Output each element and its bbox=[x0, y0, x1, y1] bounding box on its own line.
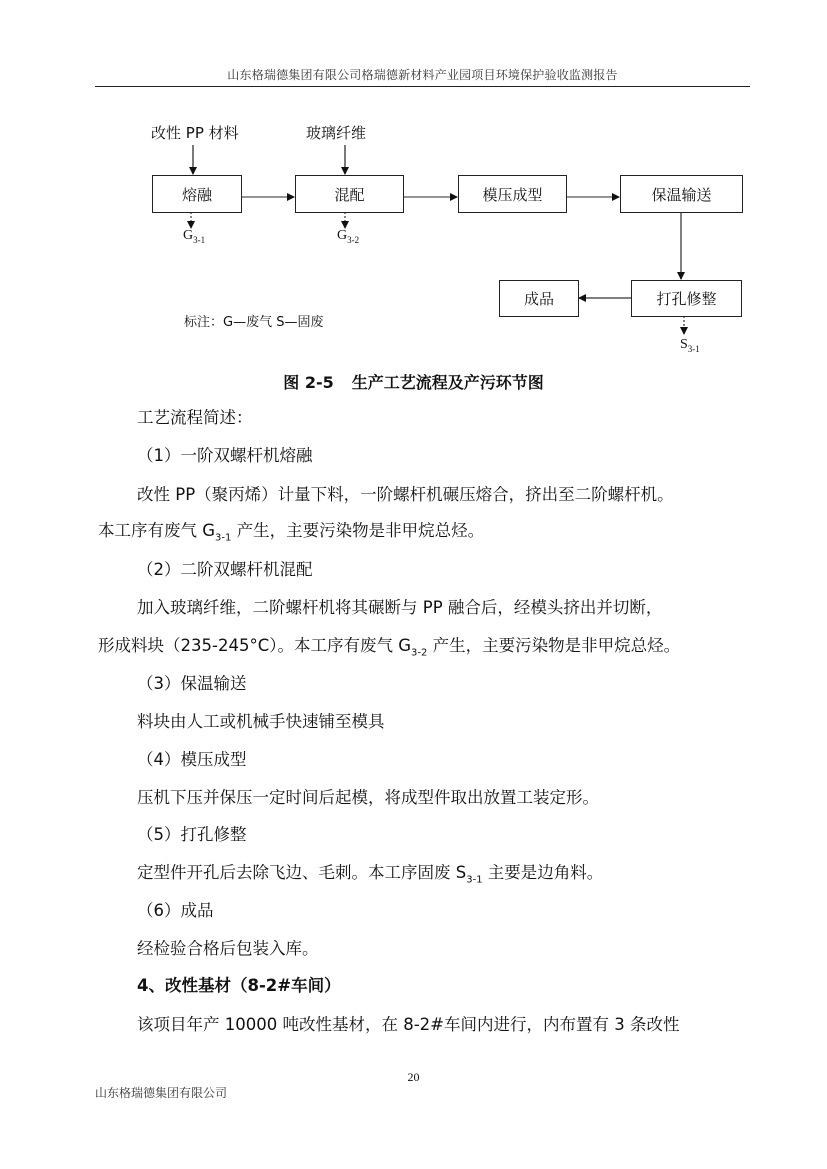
figure-title: 生产工艺流程及产污环节图 bbox=[352, 373, 544, 392]
step-2-line-2: 形成料块（235-245°C）。本工序有废气 G3-2 产生，主要污染物是非甲烷… bbox=[98, 636, 680, 663]
step-heading-3: （3）保温输送 bbox=[137, 674, 247, 694]
box-label: 混配 bbox=[334, 184, 364, 205]
process-box-mix: 混配 bbox=[295, 175, 404, 213]
box-label: 熔融 bbox=[182, 184, 212, 205]
step-5-line-1: 定型件开孔后去除飞边、毛刺。本工序固废 S3-1 主要是边角料。 bbox=[137, 863, 603, 890]
step-heading-1: （1）一阶双螺杆机熔融 bbox=[137, 446, 313, 466]
step-6-line-1: 经检验合格后包装入库。 bbox=[137, 939, 319, 959]
process-box-convey: 保温输送 bbox=[620, 175, 743, 213]
process-box-mold: 模压成型 bbox=[458, 175, 567, 213]
footer-company: 山东格瑞德集团有限公司 bbox=[95, 1084, 227, 1101]
section-paragraph: 该项目年产 10000 吨改性基材，在 8-2#车间内进行，内布置有 3 条改性 bbox=[137, 1015, 680, 1035]
process-box-trim: 打孔修整 bbox=[631, 280, 742, 317]
emission-s3-1: S3-1 bbox=[680, 337, 700, 354]
box-label: 打孔修整 bbox=[656, 288, 716, 309]
emission-g3-2: G3-2 bbox=[337, 228, 359, 245]
step-3-line-1: 料块由人工或机械手快速铺至模具 bbox=[137, 712, 385, 732]
step-heading-2: （2）二阶双螺杆机混配 bbox=[137, 560, 313, 580]
box-label: 模压成型 bbox=[482, 184, 542, 205]
box-label: 成品 bbox=[524, 288, 554, 309]
input-label-modified-pp: 改性 PP 材料 bbox=[151, 122, 239, 143]
step-heading-6: （6）成品 bbox=[137, 901, 214, 921]
step-4-line-1: 压机下压并保压一定时间后起模，将成型件取出放置工装定形。 bbox=[137, 788, 599, 808]
process-box-melt: 熔融 bbox=[152, 175, 242, 213]
process-box-product: 成品 bbox=[499, 280, 579, 317]
box-label: 保温输送 bbox=[651, 184, 711, 205]
figure-number: 图 2-5 bbox=[283, 373, 333, 392]
emission-g3-1: G3-1 bbox=[183, 228, 205, 245]
step-2-line-1: 加入玻璃纤维，二阶螺杆机将其碾断与 PP 融合后，经模头挤出并切断， bbox=[137, 598, 662, 618]
figure-caption: 图 2-5生产工艺流程及产污环节图 bbox=[0, 370, 827, 393]
page-number: 20 bbox=[0, 1070, 827, 1085]
step-1-line-1: 改性 PP（聚丙烯）计量下料，一阶螺杆机碾压熔合，挤出至二阶螺杆机。 bbox=[137, 485, 674, 505]
intro-text: 工艺流程简述： bbox=[137, 408, 253, 428]
step-heading-5: （5）打孔修整 bbox=[137, 825, 247, 845]
step-heading-4: （4）模压成型 bbox=[137, 750, 247, 770]
input-label-glass-fiber: 玻璃纤维 bbox=[306, 122, 366, 143]
section-heading: 4、改性基材（8-2#车间） bbox=[137, 976, 341, 996]
step-1-line-2: 本工序有废气 G3-1 产生，主要污染物是非甲烷总烃。 bbox=[98, 521, 484, 548]
diagram-legend-note: 标注：G—废气 S—固废 bbox=[184, 311, 323, 330]
